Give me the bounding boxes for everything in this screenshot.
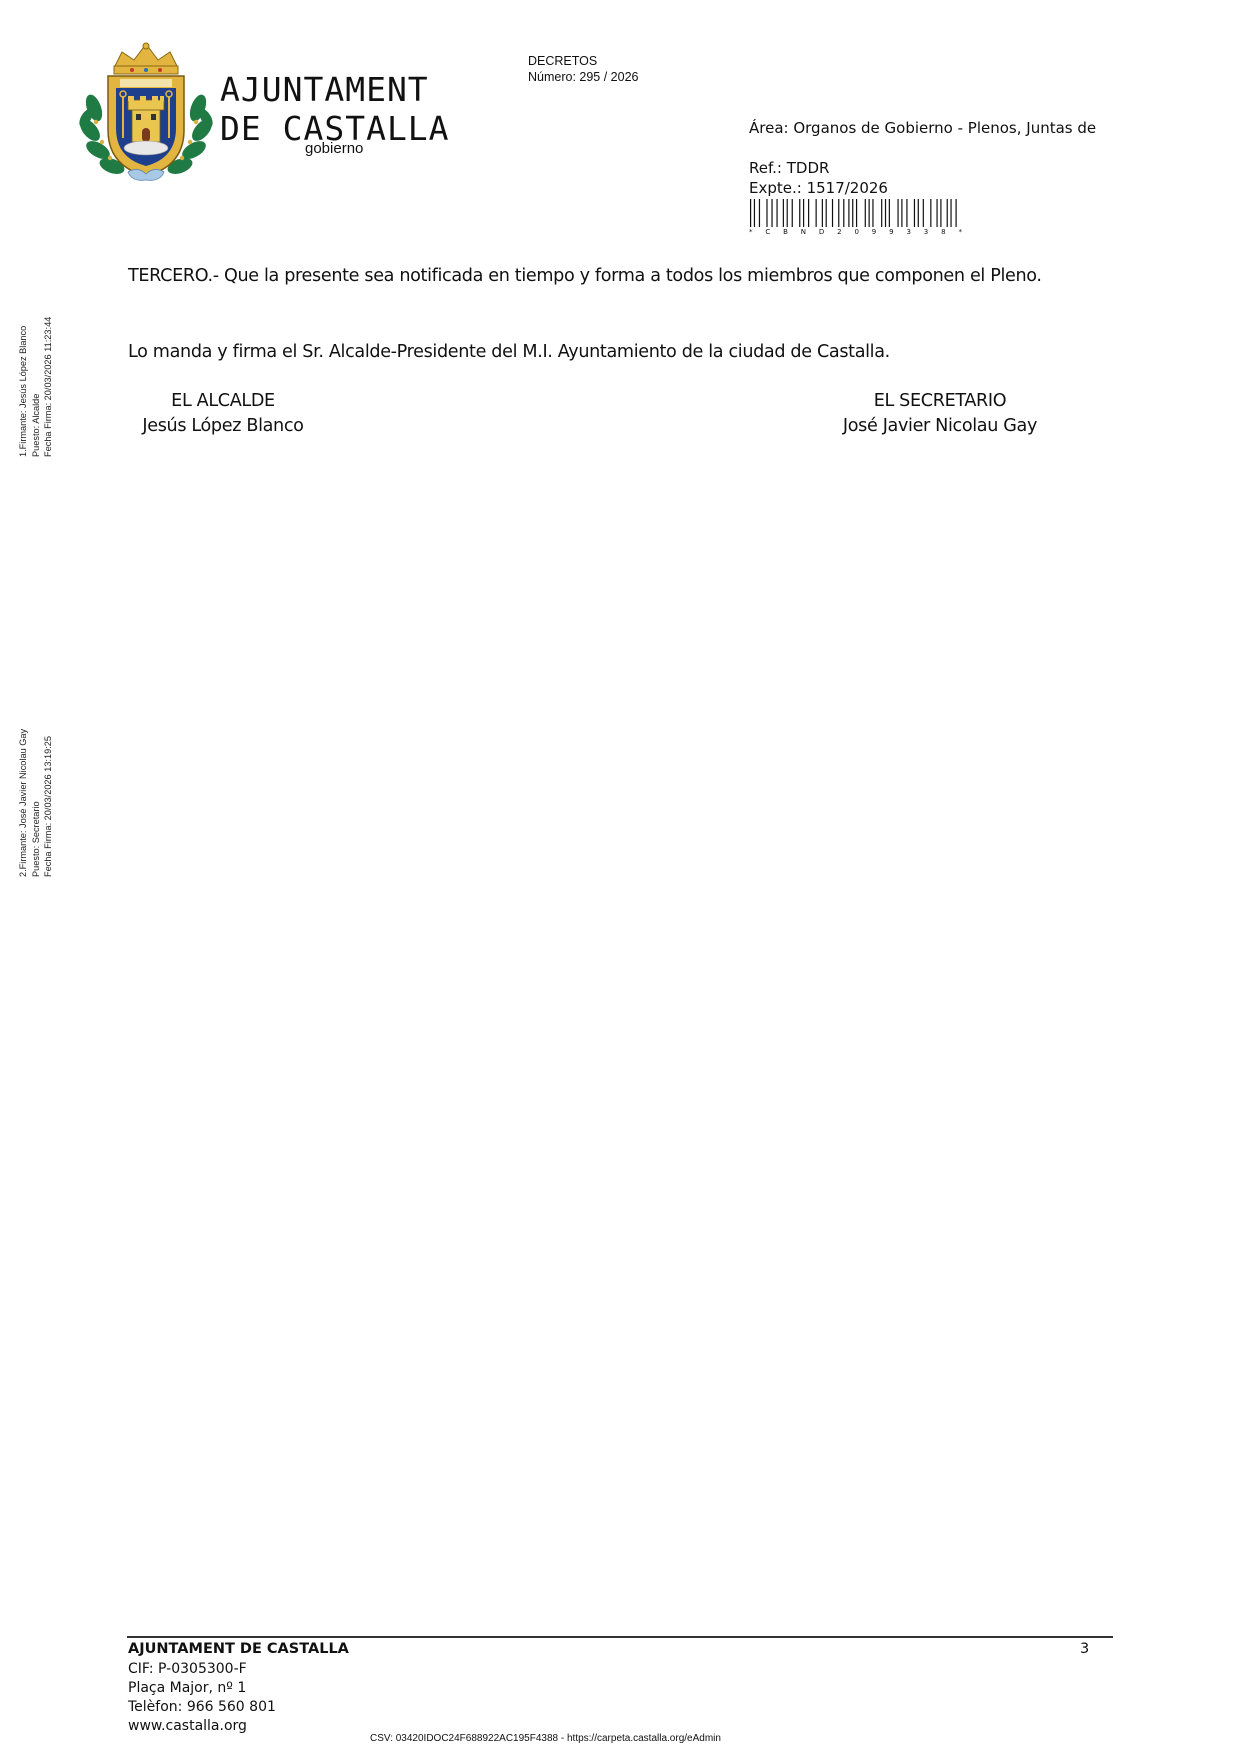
stamp-puesto: Puesto: Alcalde [30,317,43,457]
csv-verification: CSV: 03420IDOC24F688922AC195F4388 - http… [370,1733,721,1744]
signature-role: EL SECRETARIO [820,389,1060,414]
stamp-fecha: Fecha Firma: 20/03/2026 13:19:25 [42,729,55,877]
area-label: Área: Organos de Gobierno - Plenos, Junt… [749,119,1096,137]
reference-block: Ref.: TDDR Expte.: 1517/2026 [749,158,888,198]
paragraph-firma: Lo manda y firma el Sr. Alcalde-Presiden… [128,339,1112,365]
signature-stamp-2: 2.Firmante: José Javier Nicolau Gay Pues… [17,729,55,877]
stamp-firmante: 2.Firmante: José Javier Nicolau Gay [17,729,30,877]
ref-label: Ref.: TDDR [749,158,888,178]
decree-info: DECRETOS Número: 295 / 2026 [528,53,639,85]
footer-web[interactable]: www.castalla.org [128,1717,276,1736]
footer-address: Plaça Major, nº 1 [128,1679,276,1698]
barcode-char: C [765,228,770,236]
barcode-char: 2 [837,228,841,236]
expediente-label: Expte.: 1517/2026 [749,178,888,198]
footer-org: AJUNTAMENT DE CASTALLA [128,1641,349,1657]
logo-title-line1: AJUNTAMENT [220,70,450,109]
barcode-char: 9 [872,228,876,236]
signature-name: Jesús López Blanco [128,414,318,439]
signature-name: José Javier Nicolau Gay [820,414,1060,439]
signature-secretario: EL SECRETARIO José Javier Nicolau Gay [820,389,1060,439]
decree-type: DECRETOS [528,53,639,69]
stamp-firmante: 1.Firmante: Jesús López Blanco [17,317,30,457]
footer-divider [127,1636,1113,1638]
signature-alcalde: EL ALCALDE Jesús López Blanco [128,389,318,439]
castalla-coat-of-arms-icon [76,38,216,188]
footer-cif: CIF: P-0305300-F [128,1660,276,1679]
barcode-text: *CBND2099338* [749,228,962,236]
barcode-char: * [749,228,753,236]
barcode-char: N [801,228,806,236]
barcode-char: 9 [889,228,893,236]
logo-title: AJUNTAMENT DE CASTALLA [220,70,450,148]
barcode-char: 0 [854,228,858,236]
paragraph-tercero: TERCERO.- Que la presente sea notificada… [128,263,1112,289]
stamp-fecha: Fecha Firma: 20/03/2026 11:23:44 [42,317,55,457]
stamp-puesto: Puesto: Secretario [30,729,43,877]
footer-contact: CIF: P-0305300-F Plaça Major, nº 1 Telèf… [128,1660,276,1736]
barcode-char: 3 [924,228,928,236]
decree-number: Número: 295 / 2026 [528,69,639,85]
barcode-char: 8 [941,228,945,236]
footer-phone: Telèfon: 966 560 801 [128,1698,276,1717]
signature-stamp-1: 1.Firmante: Jesús López Blanco Puesto: A… [17,317,55,457]
logo-subtitle: gobierno [305,140,363,157]
barcode-char: 3 [906,228,910,236]
barcode-char: B [783,228,788,236]
barcode-char: D [819,228,824,236]
barcode-char: * [958,228,962,236]
signature-role: EL ALCALDE [128,389,318,414]
page-number: 3 [1080,1641,1089,1657]
